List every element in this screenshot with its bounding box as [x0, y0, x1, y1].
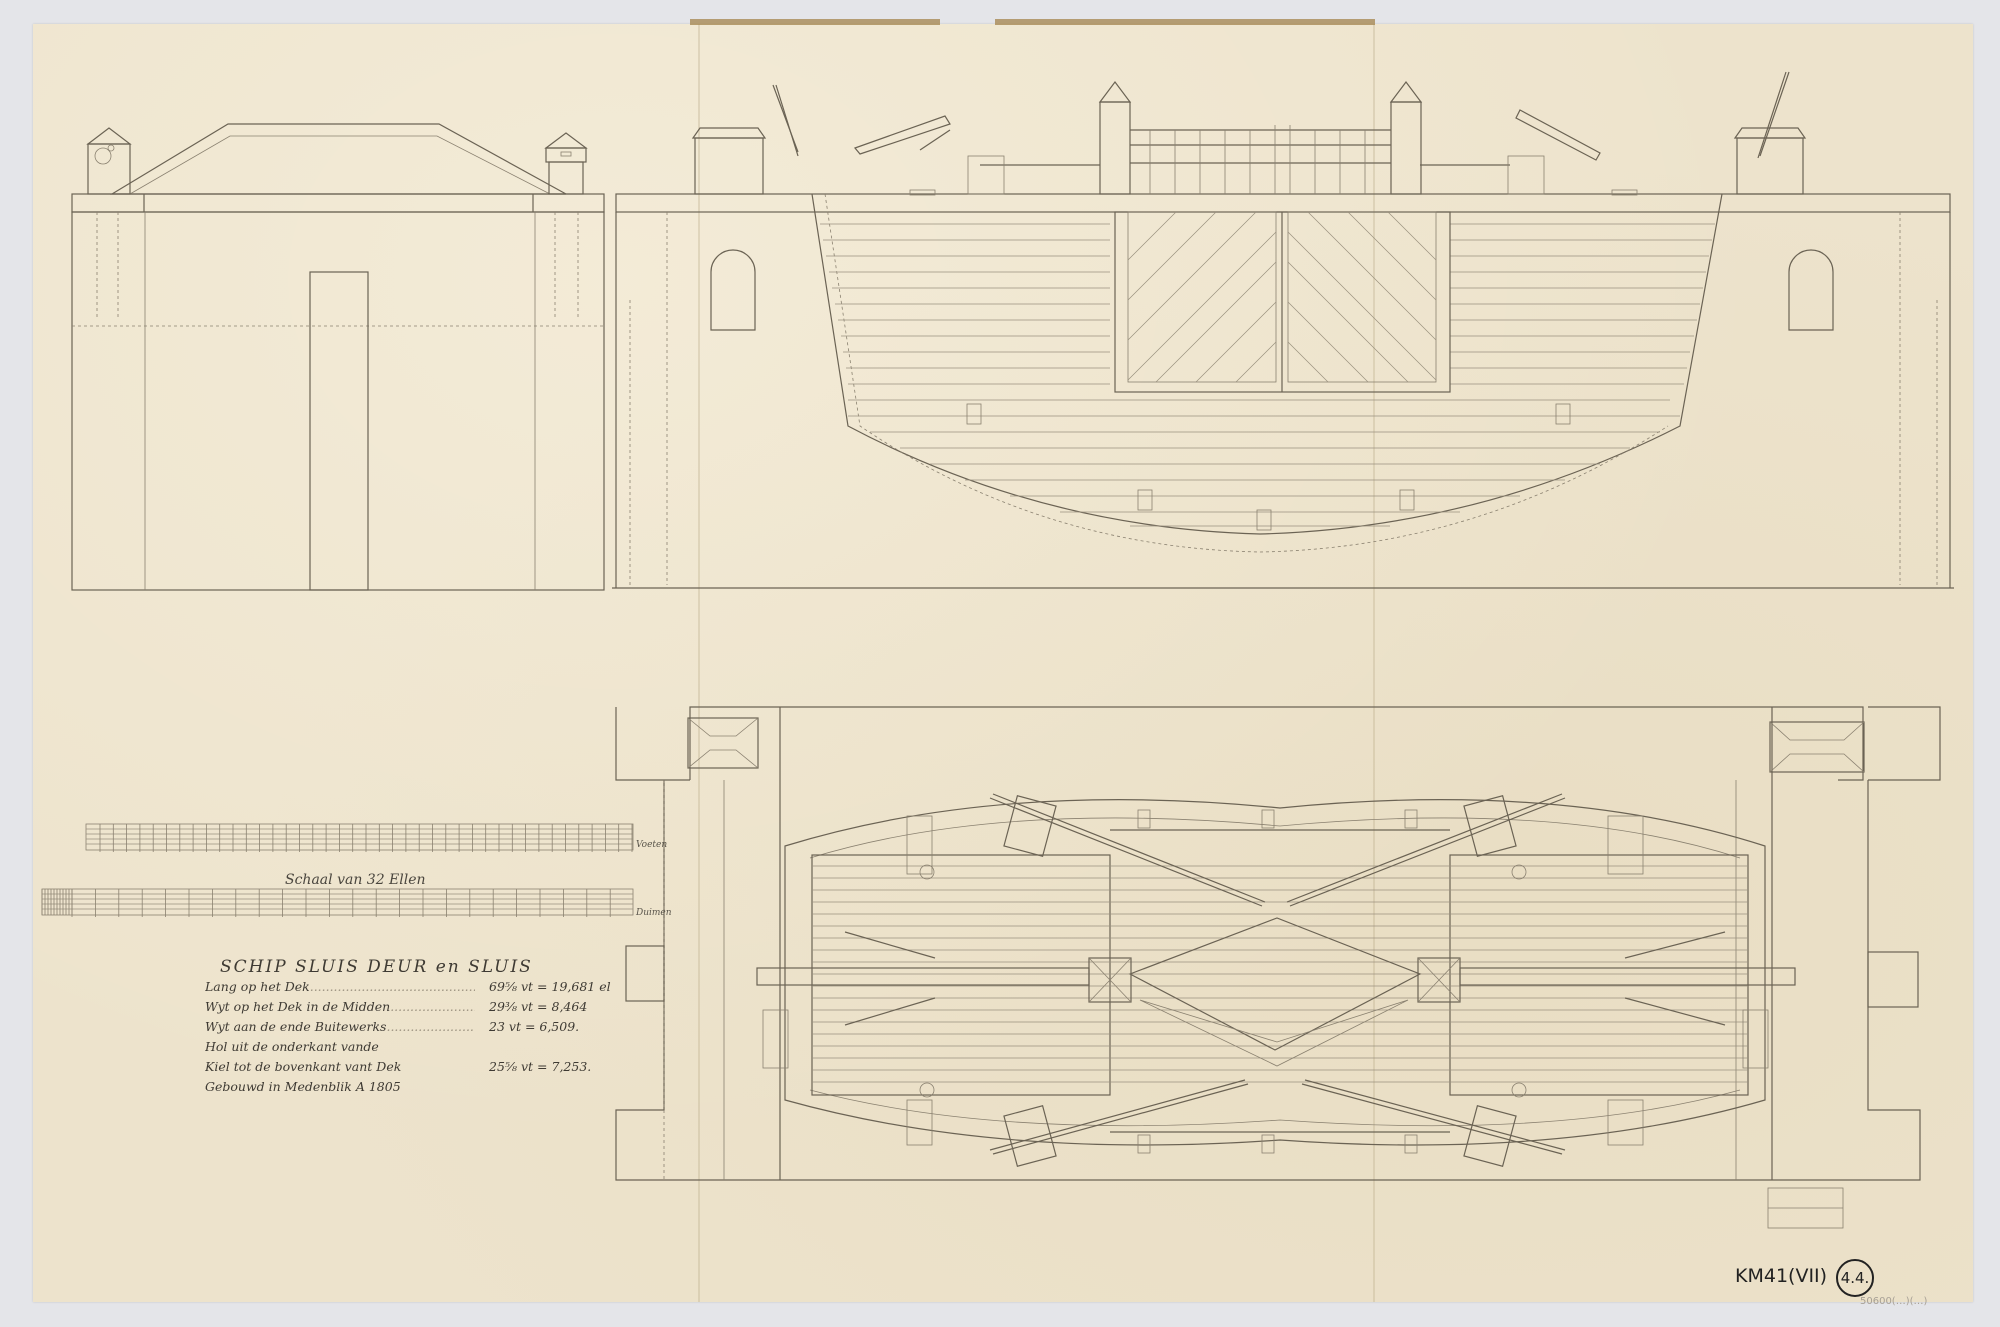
plan-view: [616, 707, 1940, 1228]
spec-label: Wyt aan de ende Buitewerks: [205, 1017, 475, 1037]
spec-label: Gebouwd in Medenblik A 1805: [205, 1077, 475, 1097]
scale-bars: [42, 824, 633, 917]
end-elevation-view: [72, 124, 604, 590]
title-block: SCHIP SLUIS DEUR en SLUIS Lang op het De…: [205, 957, 675, 1097]
spec-row: Kiel tot de bovenkant vant Dek 25⅝ vt = …: [205, 1057, 675, 1077]
drawing-title: SCHIP SLUIS DEUR en SLUIS: [220, 957, 675, 977]
spec-label: Kiel tot de bovenkant vant Dek: [205, 1057, 475, 1077]
spec-row: Gebouwd in Medenblik A 1805: [205, 1077, 675, 1097]
spec-value: [489, 1037, 675, 1057]
spec-row: Wyt aan de ende Buitewerks 23 vt = 6,509…: [205, 1017, 675, 1037]
spec-value: 23 vt = 6,509.: [489, 1017, 675, 1037]
spec-value: [489, 1077, 675, 1097]
scale-caption: Schaal van 32 Ellen: [285, 872, 426, 888]
scale-lower-unit: Duimen: [636, 908, 672, 918]
spec-value: 29⅜ vt = 8,464: [489, 997, 675, 1017]
spec-value: 25⅝ vt = 7,253.: [489, 1057, 675, 1077]
spec-label: Wyt op het Dek in de Midden: [205, 997, 475, 1017]
spec-row: Wyt op het Dek in de Midden 29⅜ vt = 8,4…: [205, 997, 675, 1017]
technical-drawing: [0, 0, 2000, 1327]
spec-label: Lang op het Dek: [205, 977, 475, 997]
scale-upper-unit: Voeten: [636, 840, 667, 850]
archive-circled-number: 4.4.: [1836, 1259, 1874, 1297]
spec-label: Hol uit de onderkant vande: [205, 1037, 475, 1057]
cross-section-view: [612, 72, 1954, 588]
pencil-note: 50600(…)(…): [1860, 1296, 1927, 1307]
spec-value: 69⅝ vt = 19,681 el: [489, 977, 675, 997]
spec-row: Hol uit de onderkant vande: [205, 1037, 675, 1057]
spec-row: Lang op het Dek 69⅝ vt = 19,681 el: [205, 977, 675, 997]
archive-reference: KM41(VII): [1735, 1265, 1827, 1287]
